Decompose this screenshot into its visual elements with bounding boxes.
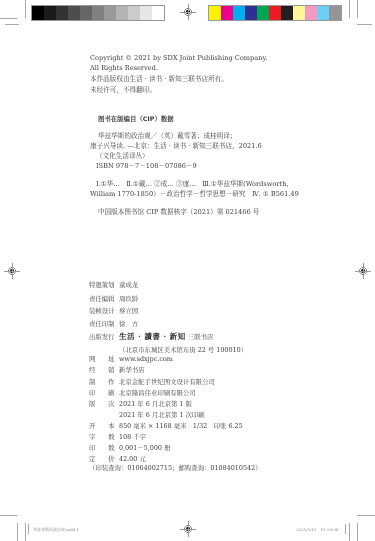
crop-mark (0, 515, 17, 516)
credit-row: 特邀策划童成龙 (89, 281, 138, 290)
contact-info: （印装查询：01064002715；邮购查询：01084010542） (89, 464, 262, 473)
cip-heading: 图书在版编目（CIP）数据 (98, 115, 174, 124)
color-swatch (152, 6, 164, 20)
color-swatch (269, 6, 281, 20)
credit-row: 装帧设计蔡立国 (89, 307, 138, 316)
footer-timestamp: 2021/3/10 10:29:08 (296, 527, 338, 533)
crop-mark (25, 0, 26, 18)
grayscale-color-bar (31, 5, 165, 21)
credit-row: 制 作北京金舵手世纪图文设计有限公司 (89, 378, 215, 387)
copyright-line: 本作品版权由生活 · 读书 · 新知三联书店所有。 (90, 75, 228, 84)
credit-label: 出版发行 (89, 333, 119, 342)
crop-mark (0, 18, 17, 19)
credit-label: 网 址 (89, 355, 119, 364)
credit-value: （北京市东城区美术馆东街 22 号 100010） (119, 346, 247, 354)
divider (345, 524, 346, 534)
credit-label: 经 销 (89, 366, 119, 375)
color-swatch (329, 6, 341, 20)
cip-line: 康子兴导读. —北京：生活 · 读书 · 新知三联书店，2021.6 (90, 142, 262, 151)
credit-label: 装帧设计 (89, 307, 119, 316)
color-swatch (68, 6, 80, 20)
color-swatch (104, 6, 116, 20)
credit-row: 印 数0,001－5,000 册 (89, 444, 170, 453)
registration-mark-icon (183, 7, 193, 17)
copyright-line: All Rights Reserved. (90, 64, 158, 73)
credit-row: 定 价42.00 元 (89, 455, 146, 464)
cip-line: William 1770-1850）－政治哲学－哲学思想－研究 Ⅳ. ① B56… (90, 190, 299, 199)
color-swatch (209, 6, 221, 20)
credit-label: 印 数 (89, 444, 119, 453)
credit-value: 周玖龄 (119, 295, 138, 303)
credit-row: （北京市东城区美术馆东街 22 号 100010） (89, 346, 247, 355)
credit-value: 0,001－5,000 册 (119, 444, 170, 452)
color-swatch (56, 6, 68, 20)
color-swatch (233, 6, 245, 20)
cip-line: （文化生活译丛） (96, 152, 149, 161)
credit-value: www.sdxjpc.com (119, 355, 173, 363)
divider (28, 524, 29, 534)
credit-row: 开 本850 毫米 × 1168 毫米 1/32 印张 6.25 (89, 422, 243, 431)
crop-mark (349, 523, 350, 541)
credit-value: 北京隆昌伟业印刷有限公司 (119, 389, 196, 397)
credit-label: 责任印制 (89, 320, 119, 329)
color-swatch (44, 6, 56, 20)
credit-row: 责任编辑周玖龄 (89, 295, 138, 304)
credit-label: 开 本 (89, 422, 119, 431)
cip-number: 中国版本图书馆 CIP 数据核字（2021）第 021466 号 (98, 208, 259, 217)
credit-row: 版 次2021 年 6 月北京第 1 版 (89, 400, 192, 409)
credit-label: 印 刷 (89, 389, 119, 398)
credit-label: 定 价 (89, 455, 119, 464)
color-swatch (80, 6, 92, 20)
credit-label: 特邀策划 (89, 281, 119, 290)
color-swatch (245, 6, 257, 20)
credit-value: 850 毫米 × 1168 毫米 1/32 印张 6.25 (119, 422, 243, 430)
color-swatch (128, 6, 140, 20)
credit-value: 蔡立国 (119, 307, 138, 315)
copyright-line: Copyright © 2021 by SDX Joint Publishing… (90, 54, 267, 63)
credit-value: 2021 年 6 月北京第 1 版 (119, 400, 192, 408)
color-swatch (116, 6, 128, 20)
crop-mark (5, 24, 19, 25)
credit-row: 责任印制徐 方 (89, 320, 138, 329)
color-swatch (281, 6, 293, 20)
credit-label: 版 次 (89, 400, 119, 409)
credit-row: 出版发行生活 · 讀書 · 新知 三联书店 (89, 332, 213, 342)
crop-mark (357, 515, 375, 516)
credit-value: 徐 方 (119, 320, 138, 328)
crop-mark (357, 0, 358, 18)
color-swatch (293, 6, 305, 20)
credit-value: 新华书店 (119, 366, 145, 374)
crop-mark (25, 523, 26, 541)
credit-row: 印 刷北京隆昌伟业印刷有限公司 (89, 389, 196, 398)
color-swatch (32, 6, 44, 20)
credit-value: 42.00 元 (119, 455, 146, 463)
color-swatch (221, 6, 233, 20)
credit-value: 108 千字 (119, 433, 146, 441)
registration-mark-icon (358, 266, 368, 276)
color-swatch (305, 6, 317, 20)
crop-mark (357, 24, 372, 25)
credit-row: 经 销新华书店 (89, 366, 145, 375)
crop-mark (357, 523, 358, 541)
credit-value: 童成龙 (119, 281, 138, 289)
registration-mark-icon (7, 266, 17, 276)
crop-mark (349, 0, 350, 18)
registration-mark-icon (183, 524, 193, 534)
credit-value: 2021 年 6 月北京第 1 次印刷 (119, 411, 205, 419)
crop-mark (17, 523, 18, 541)
publisher-logo: 生活 · 讀書 · 新知 (119, 332, 186, 341)
footer-filename: 华兹华斯的政治观.indd 1 (33, 527, 79, 533)
credit-row: 字 数108 千字 (89, 433, 146, 442)
credit-value: 三联书店 (188, 333, 214, 341)
color-swatch (257, 6, 269, 20)
process-color-bar (208, 5, 342, 21)
credit-row: 网 址www.sdxjpc.com (89, 355, 173, 364)
copyright-line: 未经许可，不得翻印。 (90, 86, 156, 95)
color-swatch (140, 6, 152, 20)
credit-label: 责任编辑 (89, 295, 119, 304)
color-swatch (317, 6, 329, 20)
credit-label: 字 数 (89, 433, 119, 442)
cip-line: 华兹华斯的政治观／（英）戴雪著；成桂明译； (98, 132, 236, 141)
cip-line: Ⅰ.①华… Ⅱ.①戴… ②成… ③康… Ⅲ.①华兹华斯(Wordsworth, (96, 180, 289, 189)
color-swatch (92, 6, 104, 20)
cip-line: ISBN 978－7－108－07086－9 (96, 162, 197, 171)
credit-value: 北京金舵手世纪图文设计有限公司 (119, 378, 215, 386)
credit-label: 制 作 (89, 378, 119, 387)
credit-row: 2021 年 6 月北京第 1 次印刷 (89, 411, 205, 420)
